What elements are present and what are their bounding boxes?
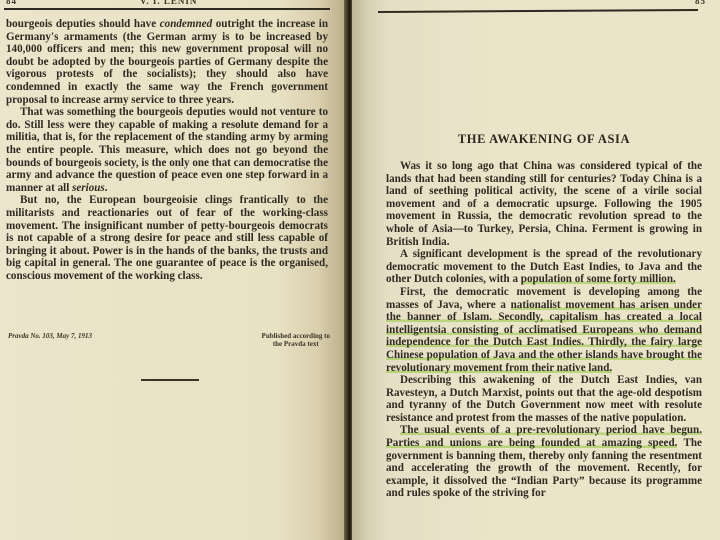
paragraph: That was something the bourgeois deputie… (6, 106, 328, 194)
text-run: Describing this awakening of the Dutch E… (386, 374, 702, 424)
publication-note-line2: the Pravda text (262, 340, 330, 348)
highlighted-text: The usual events of a pre-revolutionary … (386, 424, 702, 449)
publication-note: Published according to the Pravda text (262, 332, 330, 348)
page-number-left: 84 (6, 0, 17, 6)
text-run: outright the increase in Germany's armam… (6, 18, 328, 106)
right-page: 85 THE AWAKENING OF ASIA Was it so long … (352, 0, 720, 540)
paragraph: bourgeois deputies should have condemned… (6, 18, 328, 106)
paragraph: The usual events of a pre-revolutionary … (386, 424, 702, 500)
right-body-text: Was it so long ago that China was consid… (386, 160, 702, 500)
source-citation: Pravda No. 103, May 7, 1913 (8, 332, 92, 340)
text-run: That was something the bourgeois deputie… (6, 106, 328, 194)
text-run: condemned (160, 18, 212, 30)
text-run: bourgeois deputies should have (6, 18, 160, 30)
text-run: But no, the European bourgeoisie clings … (6, 194, 328, 282)
left-page: 84 V. I. LENIN bourgeois deputies should… (0, 0, 346, 540)
paragraph: First, the democratic movement is develo… (386, 286, 702, 374)
text-run: serious (72, 182, 105, 194)
book-spread: 84 V. I. LENIN bourgeois deputies should… (0, 0, 720, 540)
page-number-right: 85 (695, 0, 706, 6)
paragraph: Was it so long ago that China was consid… (386, 160, 702, 248)
text-run: . (105, 182, 108, 194)
header-rule (4, 8, 330, 10)
highlighted-text: population of some forty million. (521, 273, 676, 285)
paragraph: Describing this awakening of the Dutch E… (386, 374, 702, 424)
publication-note-line1: Published according to (262, 332, 330, 340)
chapter-title: THE AWAKENING OF ASIA (386, 132, 702, 147)
text-run: Was it so long ago that China was consid… (386, 160, 702, 248)
running-head: V. I. LENIN (140, 0, 197, 6)
header-rule-right (378, 9, 698, 13)
paragraph: A significant development is the spread … (386, 248, 702, 286)
paragraph: But no, the European bourgeoisie clings … (6, 194, 328, 282)
left-body-text: bourgeois deputies should have condemned… (6, 18, 328, 282)
end-rule (141, 379, 199, 381)
